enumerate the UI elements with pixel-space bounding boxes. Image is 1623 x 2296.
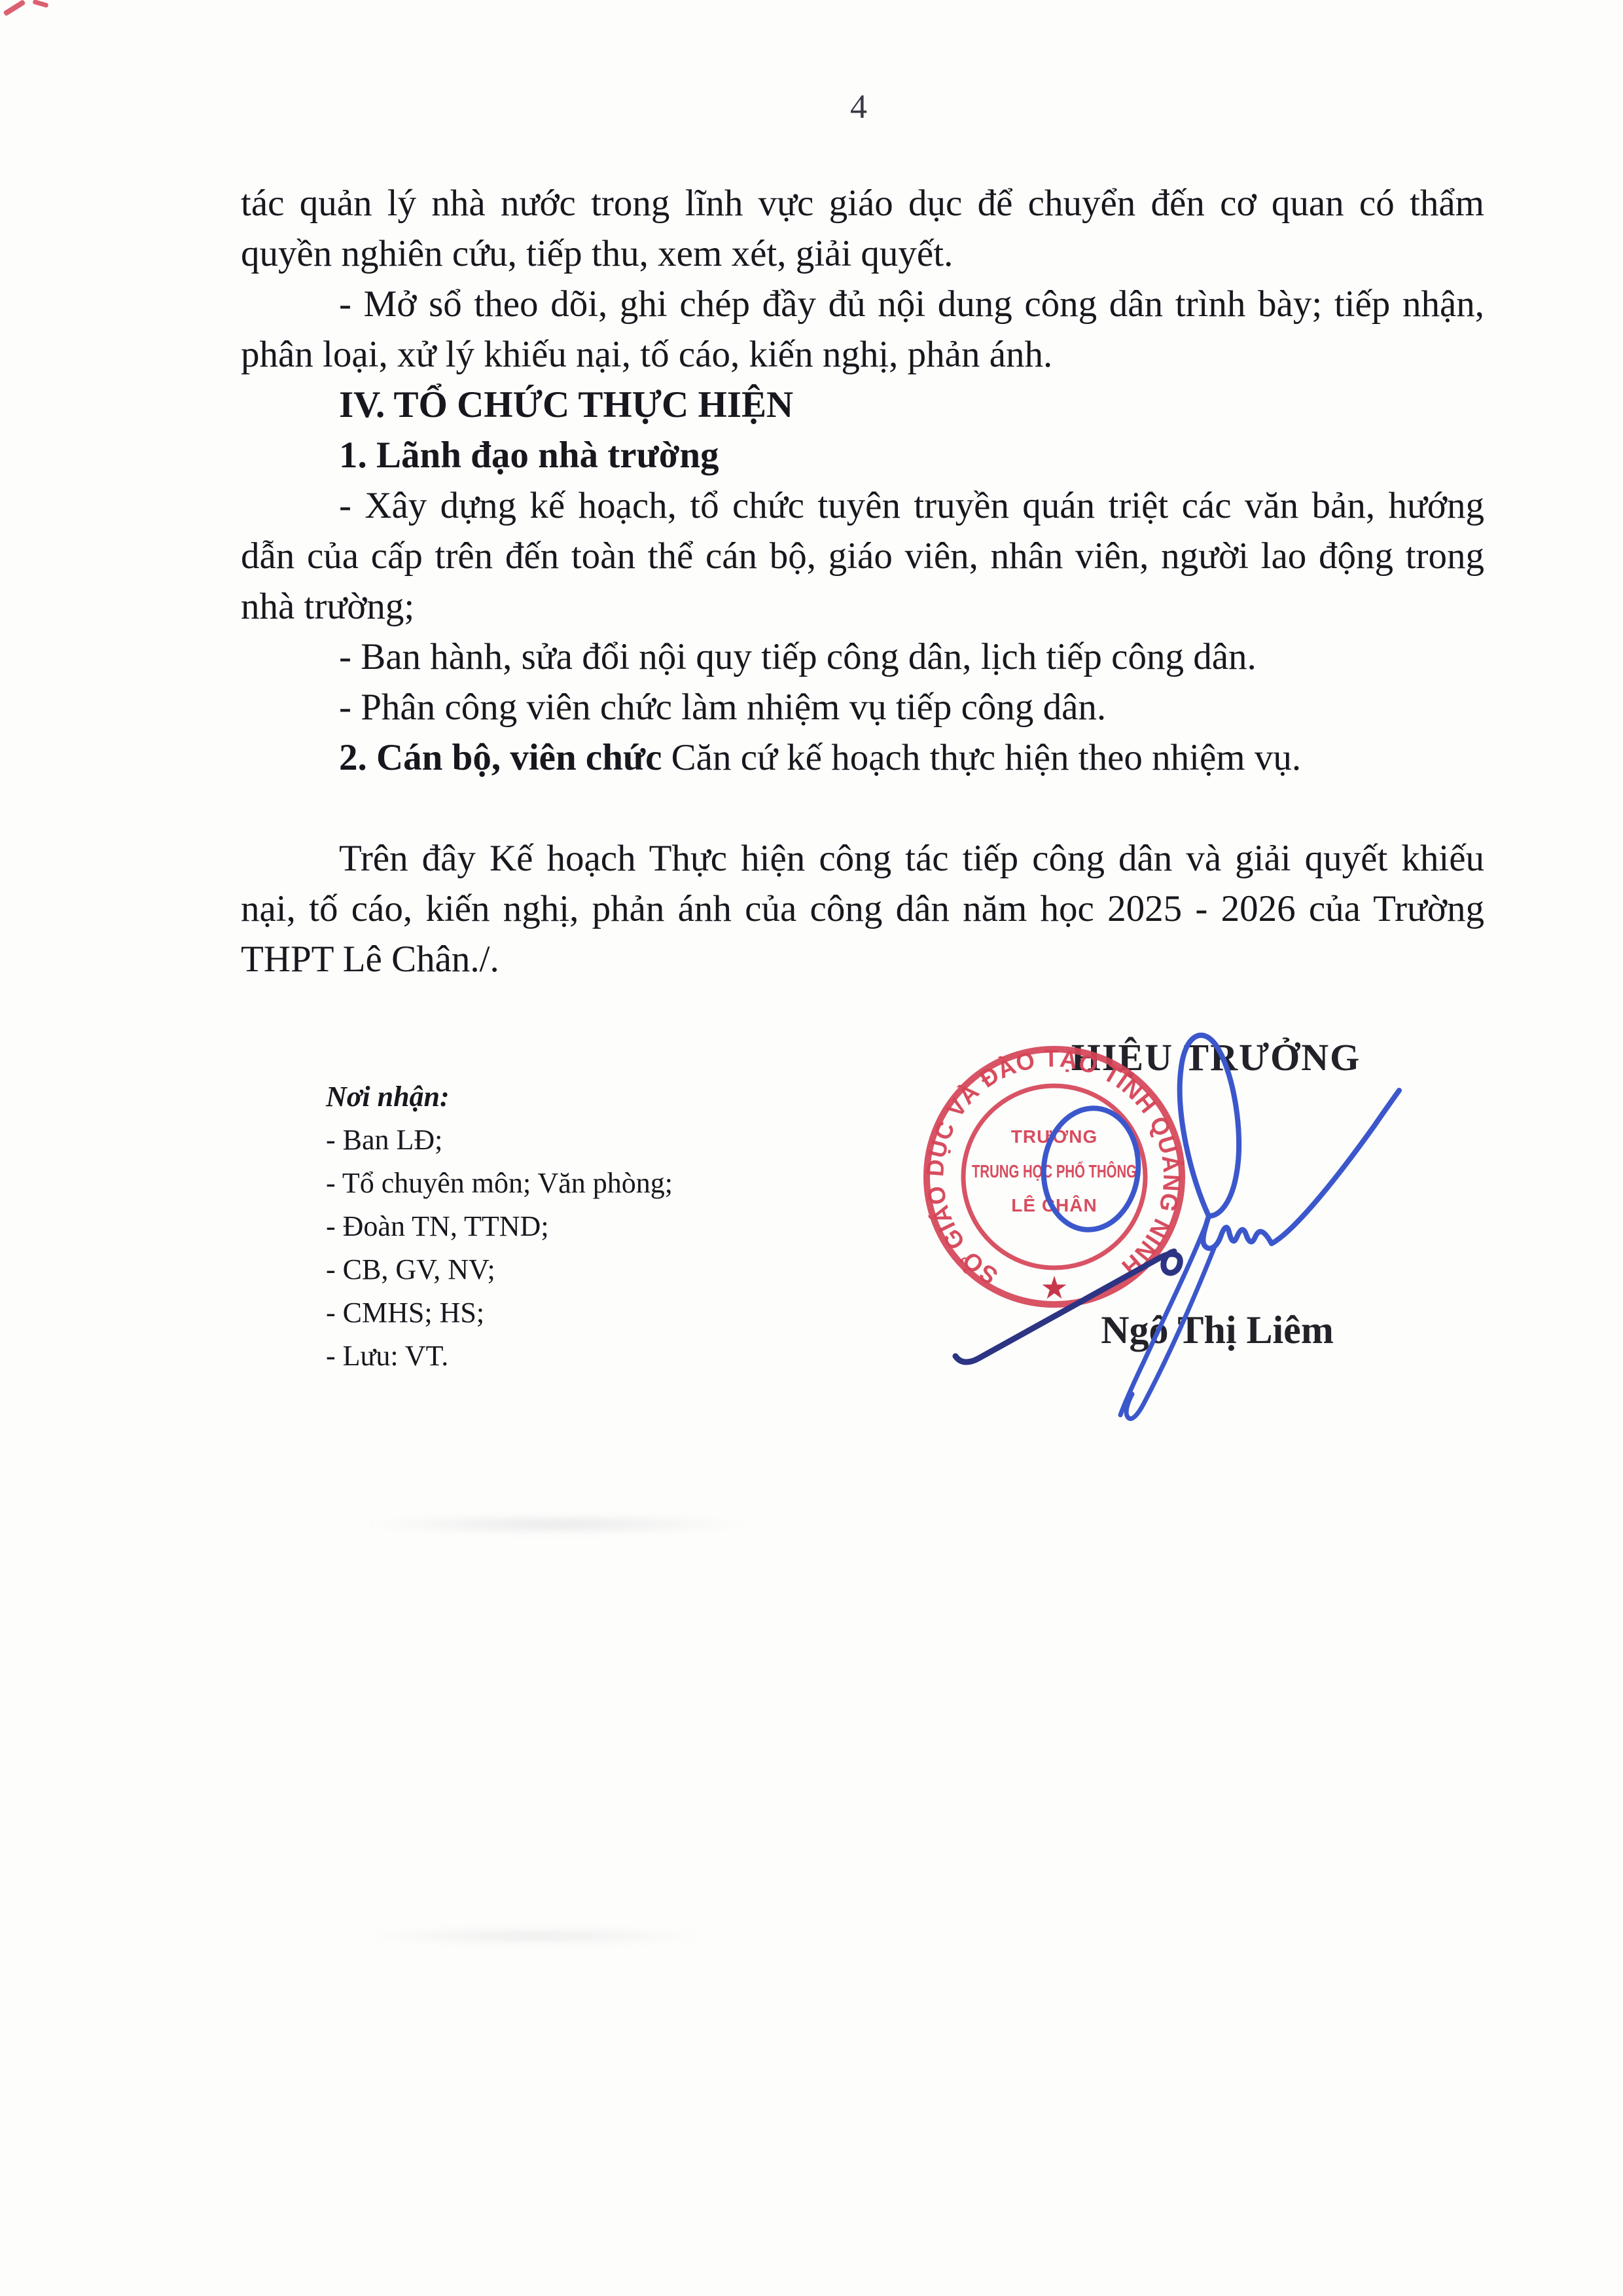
- body-line: [241, 783, 1484, 833]
- recipient-item: - Đoàn TN, TTND;: [326, 1205, 915, 1248]
- recipient-item: - Ban LĐ;: [326, 1119, 915, 1162]
- red-scan-mark: [33, 0, 49, 8]
- body-line: - Mở sổ theo dõi, ghi chép đầy đủ nội du…: [241, 279, 1484, 329]
- body-line: 2. Cán bộ, viên chức Căn cứ kế hoạch thự…: [241, 732, 1484, 783]
- body-line: phân loại, xử lý khiếu nại, tố cáo, kiến…: [241, 329, 1484, 380]
- recipients-list: - Ban LĐ;- Tổ chuyên môn; Văn phòng;- Đo…: [326, 1119, 915, 1378]
- recipient-item: - Lưu: VT.: [326, 1335, 915, 1378]
- document-page: 4 tác quản lý nhà nước trong lĩnh vực gi…: [0, 0, 1623, 2296]
- recipients-block: Nơi nhận: - Ban LĐ;- Tổ chuyên môn; Văn …: [326, 1075, 915, 1378]
- red-scan-mark: [3, 0, 26, 16]
- recipient-item: - CMHS; HS;: [326, 1291, 915, 1335]
- body-line: 1. Lãnh đạo nhà trường: [241, 430, 1484, 480]
- body-line: IV. TỔ CHỨC THỰC HIỆN: [241, 380, 1484, 430]
- body-line: dẫn của cấp trên đến toàn thể cán bộ, gi…: [241, 531, 1484, 581]
- recipient-item: - Tổ chuyên môn; Văn phòng;: [326, 1162, 915, 1205]
- recipient-item: - CB, GV, NV;: [326, 1248, 915, 1291]
- body-line: nhà trường;: [241, 581, 1484, 632]
- recipients-label: Nơi nhận:: [326, 1075, 915, 1119]
- signature-stroke-main: [1180, 1035, 1399, 1249]
- body-line: nại, tố cáo, kiến nghị, phản ánh của côn…: [241, 884, 1484, 934]
- star-icon: ★: [1040, 1270, 1068, 1306]
- body-line: tác quản lý nhà nước trong lĩnh vực giáo…: [241, 178, 1484, 228]
- body-line: - Ban hành, sửa đổi nội quy tiếp công dâ…: [241, 632, 1484, 682]
- scan-smudge: [364, 1927, 704, 1945]
- body-line: - Xây dựng kế hoạch, tổ chức tuyên truyề…: [241, 480, 1484, 531]
- seal-center-line2: TRUNG HỌC PHỔ THÔNG: [972, 1160, 1137, 1181]
- body-line: Trên đây Kế hoạch Thực hiện công tác tiế…: [241, 833, 1484, 884]
- body-line: quyền nghiên cứu, tiếp thu, xem xét, giả…: [241, 228, 1484, 279]
- body-line: - Phân công viên chức làm nhiệm vụ tiếp …: [241, 682, 1484, 732]
- school-seal-and-signature: SỞ GIÁO DỤC VÀ ĐÀO TẠO TỈNH QUẢNG NINH T…: [851, 949, 1505, 1538]
- page-number: 4: [793, 88, 924, 127]
- body-text: tác quản lý nhà nước trong lĩnh vực giáo…: [241, 178, 1484, 984]
- scan-smudge: [366, 1515, 746, 1534]
